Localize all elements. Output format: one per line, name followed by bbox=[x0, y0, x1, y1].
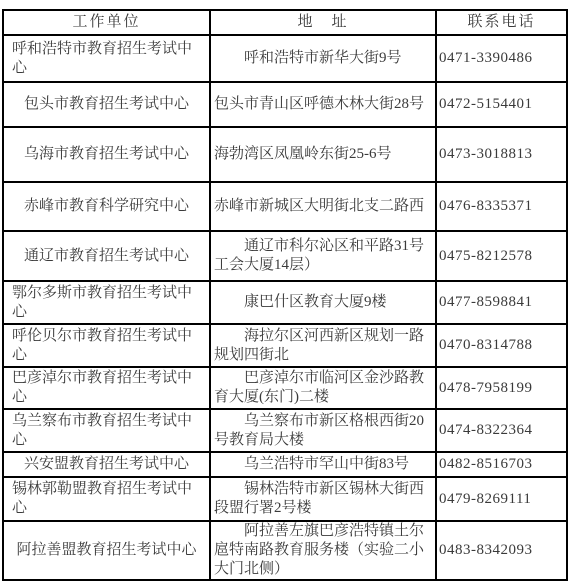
table-row: 乌海市教育招生考试中心 海勃湾区凤凰岭东街25-6号 0473-3018813 bbox=[3, 127, 567, 182]
table-row: 呼伦贝尔市教育招生考试中心 海拉尔区河西新区规划一路规划四街北 0470-831… bbox=[3, 324, 567, 367]
phone-cell: 0472-5154401 bbox=[436, 82, 567, 127]
address-cell: 康巴什区教育大厦9楼 bbox=[210, 281, 436, 324]
contact-table: 工作单位 地 址 联系电话 呼和浩特市教育招生考试中心 呼和浩特市新华大街9号 … bbox=[2, 9, 568, 581]
phone-cell: 0470-8314788 bbox=[436, 324, 567, 367]
unit-cell: 包头市教育招生考试中心 bbox=[3, 82, 210, 127]
phone-cell: 0479-8269111 bbox=[436, 477, 567, 521]
phone-cell: 0478-7958199 bbox=[436, 367, 567, 409]
phone-cell: 0475-8212578 bbox=[436, 231, 567, 281]
header-phone: 联系电话 bbox=[436, 10, 567, 35]
unit-cell: 赤峰市教育科学研究中心 bbox=[3, 182, 210, 231]
unit-cell: 兴安盟教育招生考试中心 bbox=[3, 452, 210, 477]
address-cell: 通辽市科尔沁区和平路31号工会大厦14层） bbox=[210, 231, 436, 281]
phone-cell: 0474-8322364 bbox=[436, 409, 567, 452]
address-cell: 海勃湾区凤凰岭东街25-6号 bbox=[210, 127, 436, 182]
phone-cell: 0476-8335371 bbox=[436, 182, 567, 231]
header-address: 地 址 bbox=[210, 10, 436, 35]
phone-cell: 0483-8342093 bbox=[436, 521, 567, 580]
table-row: 乌兰察布市教育招生考试中心 乌兰察布市新区格根西街20号教育局大楼 0474-8… bbox=[3, 409, 567, 452]
address-cell: 呼和浩特市新华大街9号 bbox=[210, 35, 436, 82]
table-row: 阿拉善盟教育招生考试中心 阿拉善左旗巴彦浩特镇土尔扈特南路教育服务楼（实验二小大… bbox=[3, 521, 567, 580]
unit-cell: 通辽市教育招生考试中心 bbox=[3, 231, 210, 281]
address-cell: 乌兰浩特市罕山中街83号 bbox=[210, 452, 436, 477]
unit-cell: 乌海市教育招生考试中心 bbox=[3, 127, 210, 182]
phone-cell: 0471-3390486 bbox=[436, 35, 567, 82]
unit-cell: 锡林郭勒盟教育招生考试中心 bbox=[3, 477, 210, 521]
table-row: 包头市教育招生考试中心 包头市青山区呼德木林大街28号 0472-5154401 bbox=[3, 82, 567, 127]
address-cell: 乌兰察布市新区格根西街20号教育局大楼 bbox=[210, 409, 436, 452]
address-cell: 海拉尔区河西新区规划一路规划四街北 bbox=[210, 324, 436, 367]
phone-cell: 0477-8598841 bbox=[436, 281, 567, 324]
address-cell: 锡林浩特市新区锡林大街西段盟行署2号楼 bbox=[210, 477, 436, 521]
unit-cell: 阿拉善盟教育招生考试中心 bbox=[3, 521, 210, 580]
address-cell: 阿拉善左旗巴彦浩特镇土尔扈特南路教育服务楼（实验二小大门北侧） bbox=[210, 521, 436, 580]
table-row: 巴彦淖尔市教育招生考试中心 巴彦淖尔市临河区金沙路教育大厦(东门)二楼 0478… bbox=[3, 367, 567, 409]
table-row: 兴安盟教育招生考试中心 乌兰浩特市罕山中街83号 0482-8516703 bbox=[3, 452, 567, 477]
header-row: 工作单位 地 址 联系电话 bbox=[3, 10, 567, 35]
unit-cell: 巴彦淖尔市教育招生考试中心 bbox=[3, 367, 210, 409]
unit-cell: 呼和浩特市教育招生考试中心 bbox=[3, 35, 210, 82]
table-row: 通辽市教育招生考试中心 通辽市科尔沁区和平路31号工会大厦14层） 0475-8… bbox=[3, 231, 567, 281]
address-cell: 包头市青山区呼德木林大街28号 bbox=[210, 82, 436, 127]
unit-cell: 呼伦贝尔市教育招生考试中心 bbox=[3, 324, 210, 367]
phone-cell: 0482-8516703 bbox=[436, 452, 567, 477]
address-cell: 赤峰市新城区大明街北支二路西 bbox=[210, 182, 436, 231]
table-row: 呼和浩特市教育招生考试中心 呼和浩特市新华大街9号 0471-3390486 bbox=[3, 35, 567, 82]
unit-cell: 乌兰察布市教育招生考试中心 bbox=[3, 409, 210, 452]
table-row: 鄂尔多斯市教育招生考试中心 康巴什区教育大厦9楼 0477-8598841 bbox=[3, 281, 567, 324]
unit-cell: 鄂尔多斯市教育招生考试中心 bbox=[3, 281, 210, 324]
table-row: 锡林郭勒盟教育招生考试中心 锡林浩特市新区锡林大街西段盟行署2号楼 0479-8… bbox=[3, 477, 567, 521]
header-unit: 工作单位 bbox=[3, 10, 210, 35]
page: 工作单位 地 址 联系电话 呼和浩特市教育招生考试中心 呼和浩特市新华大街9号 … bbox=[0, 0, 578, 585]
phone-cell: 0473-3018813 bbox=[436, 127, 567, 182]
table-row: 赤峰市教育科学研究中心 赤峰市新城区大明街北支二路西 0476-8335371 bbox=[3, 182, 567, 231]
address-cell: 巴彦淖尔市临河区金沙路教育大厦(东门)二楼 bbox=[210, 367, 436, 409]
